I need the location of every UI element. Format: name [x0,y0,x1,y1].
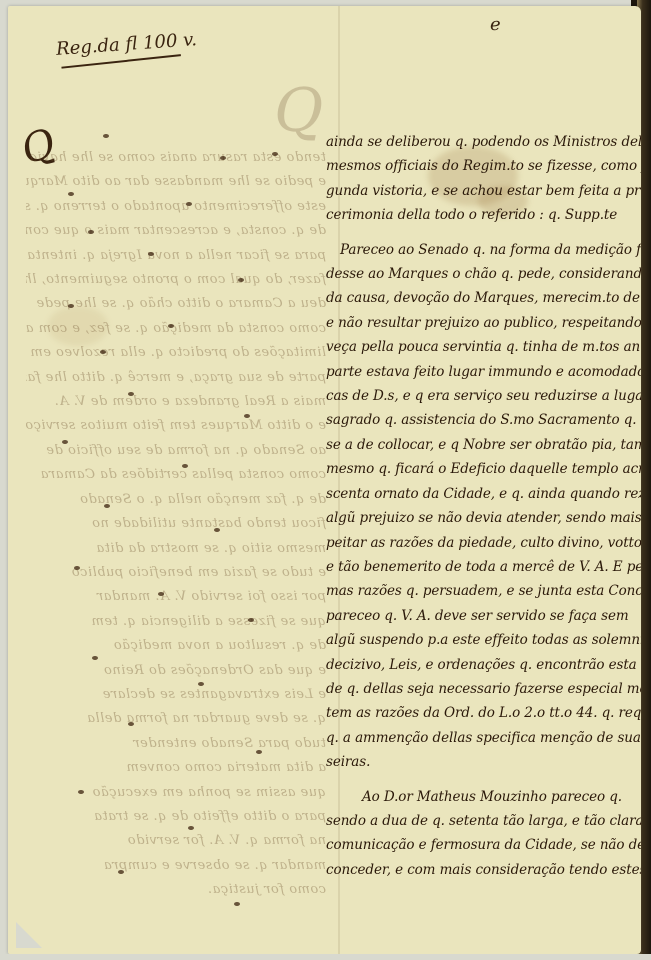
bleed-line: de q. resultou a nova medição [26,634,326,658]
ink-dot [182,464,188,468]
bleed-line: que assim se ponha em execução [26,781,326,805]
text-line: pareceo q. V. A. deve ser servido se faç… [326,604,641,628]
bleed-line: de q. faz menção nella q. o Senado [26,488,326,512]
text-line: gunda vistoria, e se achou estar bem fei… [326,179,641,203]
ink-dot [188,826,194,830]
bleed-line: ao Senado q. na forma de seu officio de [26,439,326,463]
bleed-through-text: tendo esta rasura anais como se lhe havi… [26,146,326,903]
ink-dot [118,870,124,874]
bleed-line: tudo para Senado entender [26,732,326,756]
text-line: conceder, e com mais consideração tendo … [326,858,641,882]
text-line: sagrado q. assistencia do S.mo Sacrament… [326,408,641,432]
bleed-line: mandar q. se observe e cumpra [26,854,326,878]
text-line: ainda se deliberou q. podendo os Ministr… [326,130,641,154]
text-line: veça pella pouca servintia q. tinha de m… [326,335,641,359]
ink-dot [62,440,68,444]
text-line: mas razões q. persuadem, e se junta esta… [326,579,641,603]
ink-dot [272,152,278,156]
bleed-line: para o ditto effeito de q. se trata [26,805,326,829]
bleed-line: para se ficar nella a nova Igreja q. int… [26,244,326,268]
text-line: se a de collocar, e q Nobre ser obratão … [326,433,641,457]
text-line: Ao D.or Matheus Mouzinho pareceo q. [326,785,641,809]
text-line: parte estava feito lugar immundo e acomo… [326,360,641,384]
text-line: e tão benemerito de toda a mercê de V. A… [326,555,641,579]
torn-corner [16,922,42,948]
ink-dot [256,750,262,754]
bleed-line: que se fizesse a diligencia q. tem [26,610,326,634]
text-line: cas de D.s, e q era serviço seu reduzirs… [326,384,641,408]
bleed-line: de q. consta, e acrescentar mais o que c… [26,219,326,243]
text-line: scenta ornato da Cidade, e q. ainda quan… [326,482,641,506]
ink-dot [244,414,250,418]
ink-dot [104,504,110,508]
ink-dot [238,278,244,282]
bleed-line: e o ditto Marques tem feito muitos servi… [26,414,326,438]
manuscript-scan: Q Reg.da fl 100 v. e Q tendo esta rasura… [0,0,651,960]
text-line: decizivo, Leis, e ordenações q. encontrã… [326,653,641,677]
bleed-line: ficou tendo bastante utilidade no [26,512,326,536]
bleed-line: tendo esta rasura anais como se lhe havi… [26,146,326,170]
ink-dot [78,790,84,794]
ink-dot [68,304,74,308]
text-line: de q. dellas seja necessario fazerse esp… [326,677,641,701]
bleed-line: como for justiça. [26,878,326,902]
text-line: Pareceo ao Senado q. na forma da medição… [326,238,641,262]
bleed-line: como consta da medição q. se fez, e com … [26,317,326,341]
text-line: e não resultar prejuizo ao publico, resp… [326,311,641,335]
ink-dot [198,682,204,686]
ink-dot [214,528,220,532]
ink-dot [68,192,74,196]
text-line: seiras. [326,750,641,774]
text-line: q. a ammenção dellas specifica menção de… [326,726,641,750]
ink-dot [103,134,109,138]
ink-dot [220,156,226,160]
ink-dot [148,252,154,256]
bleed-line: q. se deve guardar na forma della [26,707,326,731]
ink-dot [128,392,134,396]
ink-dot [186,202,192,206]
bleed-line: e que das Ordenações do Reino [26,659,326,683]
text-line: comunicação e fermosura da Cidade, se nã… [326,833,641,857]
bleed-line: na forma q. V. A. for servido [26,829,326,853]
text-line: mesmo q. ficará o Edeficio daquelle temp… [326,457,641,481]
text-line: algũ suspendo p.a este effeito todas as … [326,628,641,652]
ink-dot [168,324,174,328]
bleed-line: mesmo sitio q. se mostra da dita [26,537,326,561]
ink-dot [88,230,94,234]
bleed-line: parte de sua graça, e mercê q. ditto lhe… [26,366,326,390]
ink-dot [92,656,98,660]
text-line: peitar as razões da piedade, culto divin… [326,531,641,555]
manuscript-page: Q Reg.da fl 100 v. e Q tendo esta rasura… [8,6,641,954]
bleed-line: este offerecimento apontado o terreno q.… [26,195,326,219]
manuscript-text-column: ainda se deliberou q. podendo os Ministr… [326,130,641,882]
scan-background-bottom [0,954,651,960]
paragraph-gap [326,775,641,785]
bleed-line: como consta pellas certidões da Camara [26,463,326,487]
ink-dot [234,902,240,906]
text-line: da causa, devoção do Marques, merecim.to… [326,286,641,310]
text-line: cerimonia della todo o referido : q. Sup… [326,203,641,227]
text-line: algũ prejuizo se não devia atender, send… [326,506,641,530]
folio-reference-heading: Reg.da fl 100 v. [55,29,197,60]
text-line: tem as razões da Ord. do L.o 2.o tt.o 44… [326,701,641,725]
bleed-line: mais a Real grandeza e ordem de V. A. [26,390,326,414]
text-line: sendo a dua de q. setenta tão larga, e t… [326,809,641,833]
text-line: desse ao Marques o chão q. pede, conside… [326,262,641,286]
bleed-line: limitações do predicto q. ella rezolveo … [26,341,326,365]
paragraph-gap [326,228,641,238]
bleed-line: e tudo se fazia em beneficio publico [26,561,326,585]
ink-dot [100,350,106,354]
bleed-line: e Leis extravagantes se declare [26,683,326,707]
bleed-line: a dita materia como convem [26,756,326,780]
ink-dot [158,592,164,596]
page-marker: e [490,14,501,35]
bleed-line: por isso foi servido V. A. mandar [26,585,326,609]
text-line: mesmos officiais do Regim.to se fizesse,… [326,154,641,178]
bleed-line: fazer, do qual com o pronto seguimento, … [26,268,326,292]
ink-dot [74,566,80,570]
ink-dot [248,618,254,622]
ink-dot [128,722,134,726]
bleed-through-initial: Q [274,76,323,146]
